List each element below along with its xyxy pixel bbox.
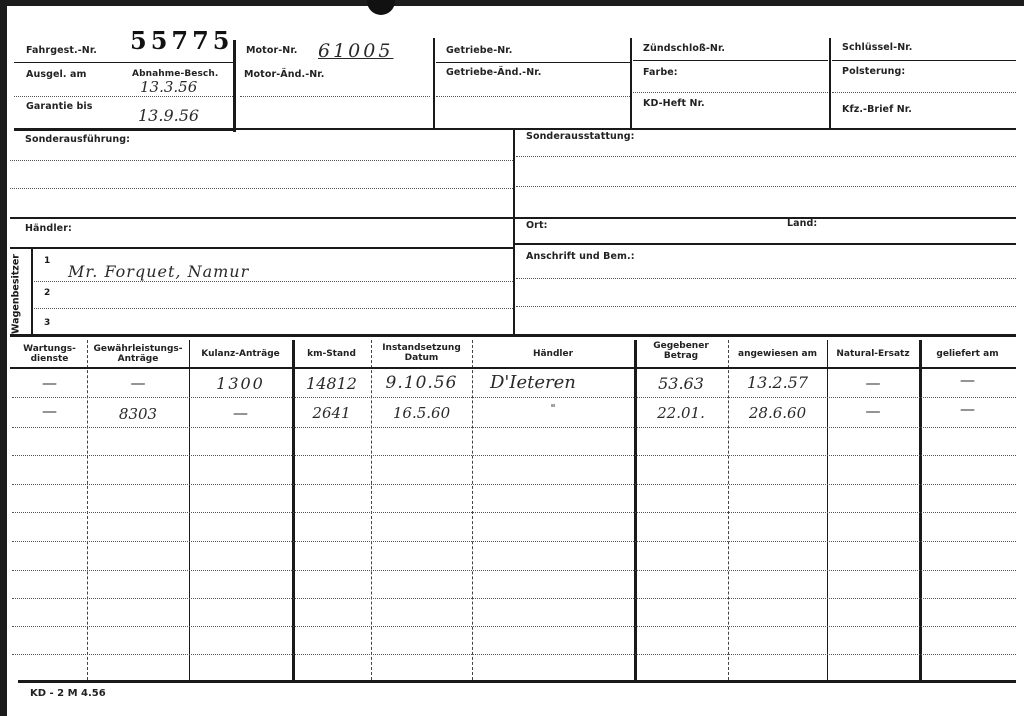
cell-mileage: 2641 [292,404,371,422]
cell-repair-date: 9.10.56 [371,373,472,393]
col-header-replacement: Natural-Ersatz [827,349,919,359]
cell-goodwill-claims: — [189,404,292,422]
cell-replacement: — [827,402,919,420]
engine-change-label: Motor-Änd.-Nr. [244,69,324,80]
registration-label: Kfz.-Brief Nr. [842,104,912,115]
col-header-amount: Gegebener Betrag [634,341,728,361]
col-header-assigned-on: angewiesen am [728,349,827,359]
cell-dealer: D'Ieteren [472,372,634,393]
ignition-label: Zündschloß-Nr. [643,43,725,54]
cell-replacement: — [827,374,919,392]
scan-edge-top [0,0,1024,6]
owner-1-value: Mr. Forquet, Namur [68,262,249,281]
col-header-mileage: km-Stand [292,349,371,359]
cell-maintenance: — [12,374,87,392]
col-header-delivered-on: geliefert am [919,349,1016,359]
cell-goodwill-claims: 1300 [189,374,292,393]
country-label: Land: [787,218,817,229]
cell-dealer: " [472,402,634,415]
cell-maintenance: — [12,402,87,420]
cell-warranty-claims: 8303 [87,405,189,423]
engine-label: Motor-Nr. [246,45,297,56]
color-label: Farbe: [643,67,678,78]
cell-amount: 53.63 [634,374,728,393]
owner-1-number: 1 [44,256,50,266]
cell-repair-date: 16.5.60 [371,404,472,422]
place-label: Ort: [526,220,548,231]
special-equipment-label: Sonderausstattung: [526,131,635,142]
service-book-label: KD-Heft Nr. [643,98,705,109]
cell-warranty-claims: — [87,374,189,392]
delivered-label: Ausgel. am [26,69,87,80]
cell-assigned-on: 28.6.60 [728,404,827,422]
col-header-maintenance: Wartungs- dienste [12,344,87,364]
gearbox-label: Getriebe-Nr. [446,45,512,56]
scan-edge-left [0,0,7,716]
owners-label: Wagenbesitzer [8,252,24,336]
address-label: Anschrift und Bem.: [526,251,635,262]
cell-mileage: 14812 [292,374,371,393]
dealer-label: Händler: [25,223,72,234]
owner-2-number: 2 [44,288,50,298]
chassis-number: 55775 [130,26,234,55]
owner-3-number: 3 [44,318,50,328]
gearbox-change-label: Getriebe-Änd.-Nr. [446,67,541,78]
cell-amount: 22.01. [634,404,728,422]
chassis-label: Fahrgest.-Nr. [26,45,97,56]
col-header-warranty-claims: Gewährleistungs- Anträge [87,344,189,364]
cell-assigned-on: 13.2.57 [728,373,827,392]
cell-delivered-on: — [919,371,1016,389]
form-code: KD - 2 M 4.56 [30,688,106,699]
warranty-value: 13.9.56 [138,106,199,125]
upholstery-label: Polsterung: [842,66,905,77]
punch-hole [367,0,395,15]
special-version-label: Sonderausführung: [25,134,130,145]
key-label: Schlüssel-Nr. [842,42,912,53]
cell-delivered-on: — [919,400,1016,418]
engine-value: 61005 [318,40,393,62]
acceptance-value: 13.3.56 [140,78,197,96]
col-header-repair-date: Instandsetzung Datum [371,343,472,363]
col-header-goodwill-claims: Kulanz-Anträge [189,349,292,359]
col-header-dealer: Händler [472,349,634,359]
warranty-label: Garantie bis [26,101,93,112]
